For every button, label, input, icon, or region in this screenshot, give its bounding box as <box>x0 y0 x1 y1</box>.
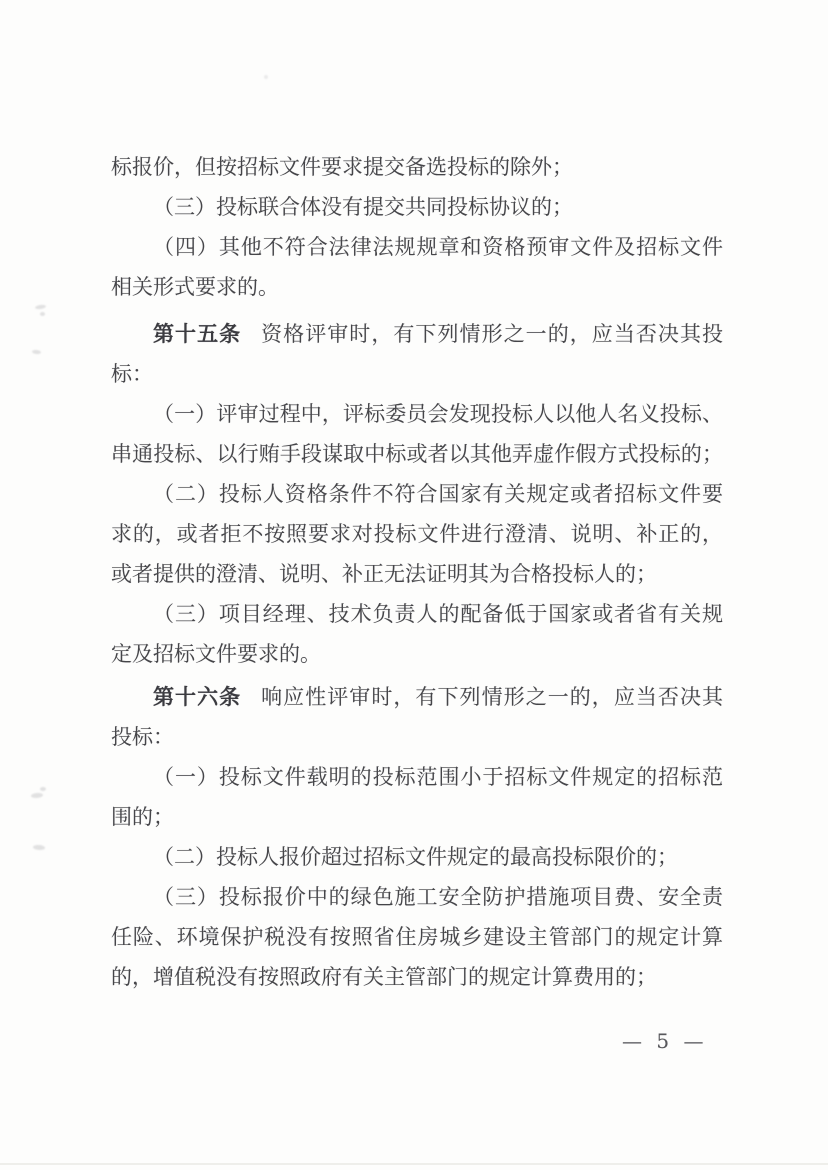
scan-smudge <box>33 845 45 851</box>
scan-smudge <box>264 75 268 79</box>
article-heading-text: 响应性评审时，有下列情形之一的，应当否决其 <box>261 685 723 709</box>
document-line: （三）投标报价中的绿色施工安全防护措施项目费、安全责 <box>111 877 723 917</box>
document-body: 标报价，但按招标文件要求提交备选投标的除外； （三）投标联合体没有提交共同投标协… <box>111 147 723 997</box>
document-line: 标： <box>111 354 723 394</box>
document-line: 标报价，但按招标文件要求提交备选投标的除外； <box>111 147 723 187</box>
document-line: 围的； <box>111 797 723 837</box>
scan-smudge <box>40 312 45 316</box>
document-line: 串通投标、以行贿手段谋取中标或者以其他弄虚作假方式投标的； <box>111 434 723 474</box>
document-line: （二）投标人报价超过招标文件规定的最高投标限价的； <box>111 837 723 877</box>
document-line: （二）投标人资格条件不符合国家有关规定或者招标文件要 <box>111 474 723 514</box>
document-line: 定及招标文件要求的。 <box>111 634 723 674</box>
article-15-heading: 第十五条资格评审时，有下列情形之一的，应当否决其投 <box>111 314 723 354</box>
scan-smudge <box>35 304 46 309</box>
document-line: 相关形式要求的。 <box>111 267 723 307</box>
scan-smudge <box>31 792 43 798</box>
document-line: （一）评审过程中，评标委员会发现投标人以他人名义投标、 <box>111 394 723 434</box>
article-heading-text: 资格评审时，有下列情形之一的，应当否决其投 <box>261 322 723 346</box>
document-line: （三）项目经理、技术负责人的配备低于国家或者省有关规 <box>111 594 723 634</box>
document-line: 任险、环境保护税没有按照省住房城乡建设主管部门的规定计算 <box>111 917 723 957</box>
scan-smudge <box>40 787 46 791</box>
article-number: 第十五条 <box>153 321 241 346</box>
page-number: — 5 — <box>622 1029 707 1053</box>
document-line: 投标： <box>111 717 723 757</box>
scanned-document-page: 标报价，但按招标文件要求提交备选投标的除外； （三）投标联合体没有提交共同投标协… <box>0 0 828 1170</box>
article-number: 第十六条 <box>153 684 241 709</box>
document-line: （一）投标文件载明的投标范围小于招标文件规定的招标范 <box>111 757 723 797</box>
document-line: 或者提供的澄清、说明、补正无法证明其为合格投标人的； <box>111 554 723 594</box>
scan-smudge <box>32 350 41 355</box>
document-line: 的，增值税没有按照政府有关主管部门的规定计算费用的； <box>111 957 723 997</box>
scan-edge-shadow <box>0 1163 828 1165</box>
document-line: 求的，或者拒不按照要求对投标文件进行澄清、说明、补正的， <box>111 514 723 554</box>
document-line: （四）其他不符合法律法规规章和资格预审文件及招标文件 <box>111 227 723 267</box>
document-line: （三）投标联合体没有提交共同投标协议的； <box>111 187 723 227</box>
article-16-heading: 第十六条响应性评审时，有下列情形之一的，应当否决其 <box>111 677 723 717</box>
